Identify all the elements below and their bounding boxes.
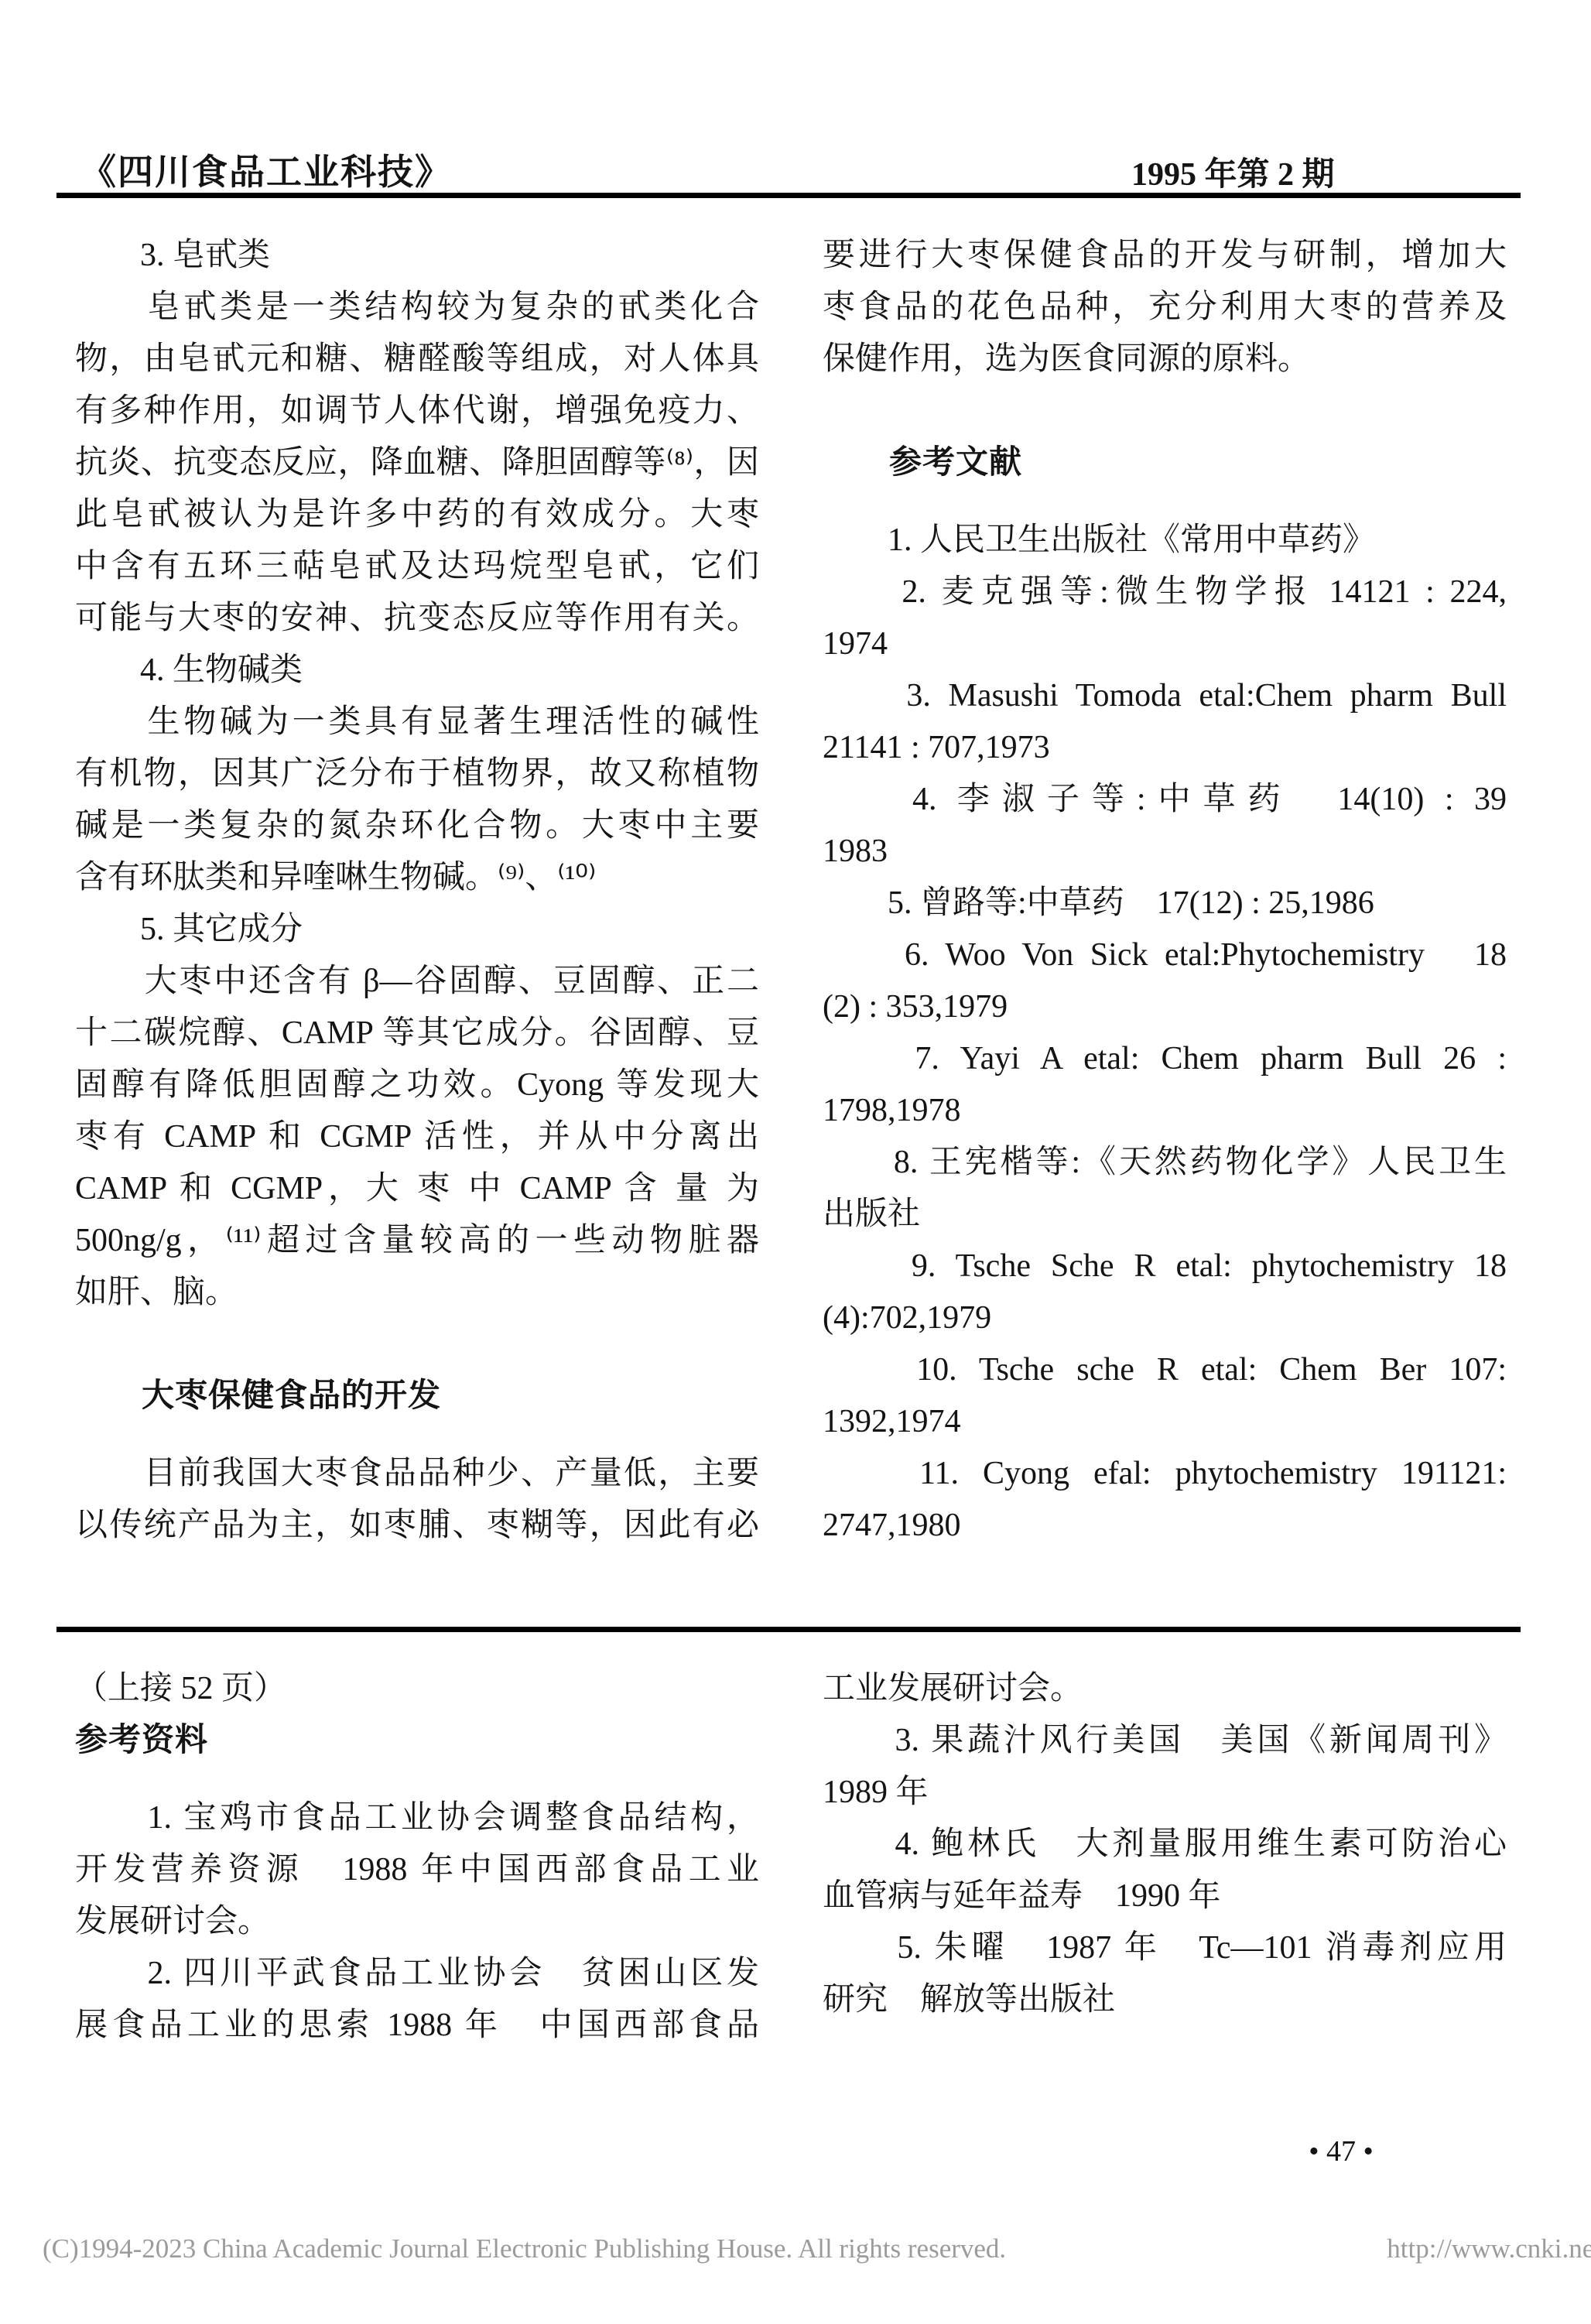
text-line: 要进行大枣保健食品的开发与研制，增加大 (823, 230, 1507, 282)
text-line: 大枣保健食品的开发 (75, 1371, 759, 1422)
text-line: 3. Masushi Tomoda etal:Chem pharm Bull (823, 670, 1507, 722)
text-line: 工业发展研讨会。 (823, 1663, 1507, 1715)
text-line: 500ng/g，⁽¹¹⁾超过含量较高的一些动物脏器 (75, 1215, 759, 1267)
text-line: 保健作用，选为医食同源的原料。 (823, 334, 1507, 385)
text-line: 发展研讨会。 (75, 1896, 759, 1948)
text-line: 1. 人民卫生出版社《常用中草药》 (823, 515, 1507, 566)
text-line: 皂甙类是一类结构较为复杂的甙类化合 (75, 282, 759, 334)
text-line: 血管病与延年益寿 1990 年 (823, 1870, 1507, 1922)
text-line: 抗炎、抗变态反应，降血糖、降胆固醇等⁽⁸⁾，因 (75, 437, 759, 489)
footer-url: http://www.cnki.net (1387, 2233, 1591, 2264)
text-line: 1989 年 (823, 1767, 1507, 1819)
text-line: 十二碳烷醇、CAMP 等其它成分。谷固醇、豆 (75, 1008, 759, 1059)
cnki-footer: (C)1994-2023 China Academic Journal Elec… (43, 2233, 1591, 2264)
text-line: 参考资料 (75, 1715, 759, 1767)
text-line: 有多种作用，如调节人体代谢，增强免疫力、 (75, 385, 759, 437)
text-line: 4. 李淑子等:中草药 14(10) : 39 (823, 774, 1507, 826)
text-line: 参考文献 (823, 437, 1507, 489)
text-line: 枣食品的花色品种，充分利用大枣的营养及 (823, 282, 1507, 334)
scanned-journal-page: 《四川食品工业科技》 1995 年第 2 期 3. 皂甙类 皂甙类是一类结构较为… (0, 0, 1591, 2324)
right-column-top: 要进行大枣保健食品的开发与研制，增加大枣食品的花色品种，充分利用大枣的营养及保健… (823, 230, 1507, 1552)
text-line: 可能与大枣的安神、抗变态反应等作用有关。 (75, 593, 759, 645)
text-line: (2) : 353,1979 (823, 981, 1507, 1033)
text-line: 1. 宝鸡市食品工业协会调整食品结构， (75, 1792, 759, 1844)
text-line: 10. Tsche sche R etal: Chem Ber 107: (823, 1344, 1507, 1396)
header-rule (56, 193, 1521, 198)
text-line: 碱是一类复杂的氮杂环化合物。大枣中主要 (75, 800, 759, 852)
text-line: 5. 其它成分 (75, 904, 759, 956)
text-line: 1974 (823, 618, 1507, 670)
text-line: 8. 王宪楷等:《天然药物化学》人民卫生 (823, 1137, 1507, 1189)
text-line: 5. 朱曜 1987 年 Tc—101 消毒剂应用 (823, 1922, 1507, 1974)
text-line: 含有环肽类和异喹啉生物碱。⁽⁹⁾、⁽¹⁰⁾ (75, 852, 759, 904)
text-line: 2. 四川平武食品工业协会 贫困山区发 (75, 1948, 759, 2000)
text-line: 枣有 CAMP 和 CGMP 活性，并从中分离出 (75, 1111, 759, 1163)
text-line (75, 1319, 759, 1371)
text-line: 大枣中还含有 β—谷固醇、豆固醇、正二 (75, 956, 759, 1008)
text-line: 2747,1980 (823, 1500, 1507, 1552)
issue-label: 1995 年第 2 期 (1131, 149, 1335, 195)
text-line: 1798,1978 (823, 1085, 1507, 1137)
left-column-bottom: （上接 52 页）参考资料 1. 宝鸡市食品工业协会调整食品结构，开发营养资源 … (75, 1663, 759, 2052)
page-number: • 47 • (1275, 2134, 1407, 2168)
text-line: 生物碱为一类具有显著生理活性的碱性 (75, 697, 759, 748)
left-column-top: 3. 皂甙类 皂甙类是一类结构较为复杂的甙类化合物，由皂甙元和糖、糖醛酸等组成，… (75, 230, 759, 1552)
text-line: 展食品工业的思索 1988 年 中国西部食品 (75, 2000, 759, 2052)
text-line: 目前我国大枣食品品种少、产量低，主要 (75, 1448, 759, 1500)
footer-copyright: (C)1994-2023 China Academic Journal Elec… (43, 2233, 1006, 2264)
text-line: (4):702,1979 (823, 1292, 1507, 1344)
text-line: 3. 皂甙类 (75, 230, 759, 282)
text-line (823, 385, 1507, 437)
text-line: 出版社 (823, 1189, 1507, 1241)
text-line: 物，由皂甙元和糖、糖醛酸等组成，对人体具 (75, 334, 759, 385)
text-line: 2. 麦克强等:微生物学报 14121 : 224, (823, 566, 1507, 618)
text-line: 中含有五环三萜皂甙及达玛烷型皂甙，它们 (75, 541, 759, 593)
text-line: 以传统产品为主，如枣脯、枣糊等，因此有必 (75, 1500, 759, 1552)
text-line: 此皂甙被认为是许多中药的有效成分。大枣 (75, 489, 759, 541)
text-line: 4. 鲍林氏 大剂量服用维生素可防治心 (823, 1819, 1507, 1870)
text-line: 7. Yayi A etal: Chem pharm Bull 26 : (823, 1033, 1507, 1085)
text-line: CAMP 和 CGMP，大 枣 中 CAMP 含 量 为 (75, 1163, 759, 1215)
text-line: 5. 曾路等:中草药 17(12) : 25,1986 (823, 878, 1507, 929)
right-column-bottom: 工业发展研讨会。 3. 果蔬汁风行美国 美国《新闻周刊》1989 年 4. 鲍林… (823, 1663, 1507, 2026)
text-line: 11. Cyong efal: phytochemistry 191121: (823, 1448, 1507, 1500)
text-line: 固醇有降低胆固醇之功效。Cyong 等发现大 (75, 1059, 759, 1111)
text-line: 1392,1974 (823, 1396, 1507, 1448)
text-line: 9. Tsche Sche R etal: phytochemistry 18 (823, 1241, 1507, 1292)
text-line: 6. Woo Von Sick etal:Phytochemistry 18 (823, 929, 1507, 981)
section-divider-rule (56, 1627, 1521, 1632)
text-line: 研究 解放等出版社 (823, 1974, 1507, 2026)
text-line: 如肝、脑。 (75, 1267, 759, 1319)
text-line: 1983 (823, 826, 1507, 878)
text-line: 开发营养资源 1988 年中国西部食品工业 (75, 1844, 759, 1896)
text-line: 3. 果蔬汁风行美国 美国《新闻周刊》 (823, 1715, 1507, 1767)
journal-title: 《四川食品工业科技》 (80, 144, 452, 195)
text-line: 21141 : 707,1973 (823, 722, 1507, 774)
text-line: 4. 生物碱类 (75, 645, 759, 697)
text-line: （上接 52 页） (75, 1663, 759, 1715)
text-line: 有机物，因其广泛分布于植物界，故又称植物 (75, 748, 759, 800)
